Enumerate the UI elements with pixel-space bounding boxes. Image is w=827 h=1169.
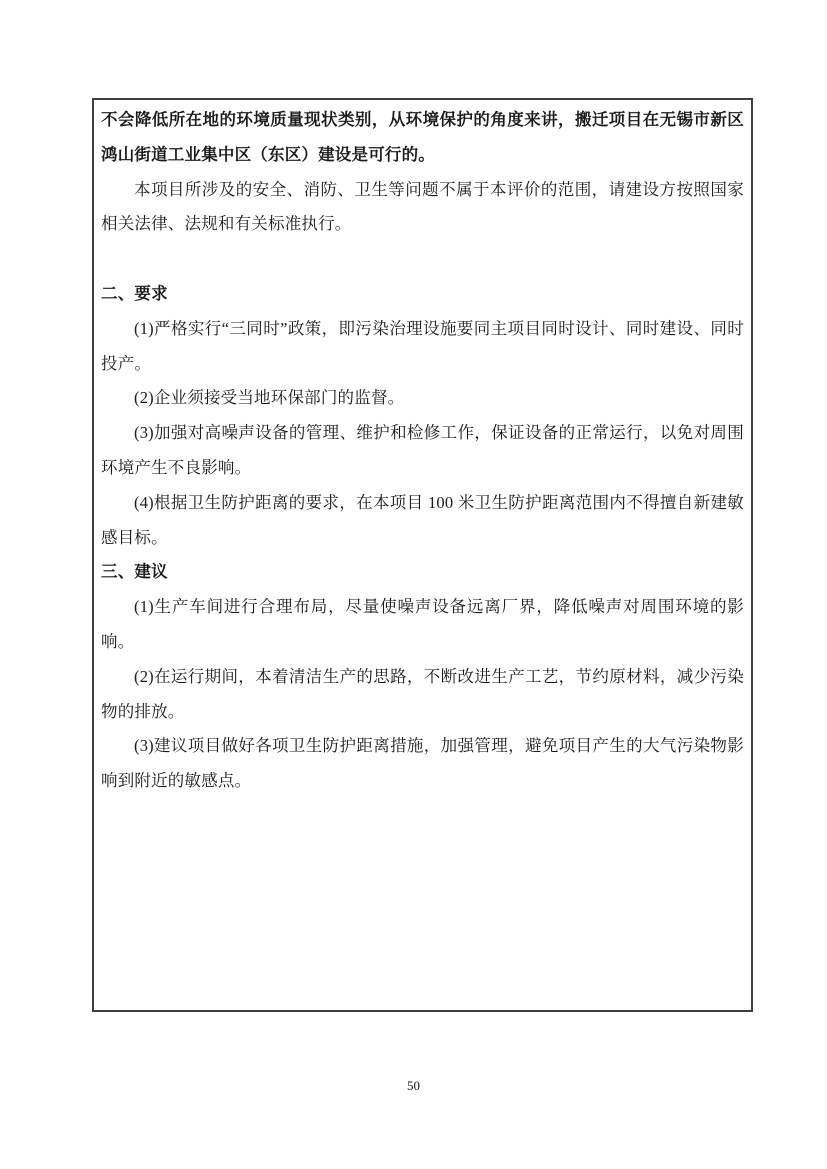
suggestion-item-2: (2)在运行期间，本着清洁生产的思路，不断改进生产工艺，节约原材料，减少污染物的… [101,660,744,730]
content-box: 不会降低所在地的环境质量现状类别，从环境保护的角度来讲，搬迁项目在无锡市新区鸿山… [92,98,753,1012]
suggestion-item-3: (3)建议项目做好各项卫生防护距离措施，加强管理，避免项目产生的大气污染物影响到… [101,729,744,799]
section-heading-suggestions: 三、建议 [101,555,744,590]
suggestion-item-1: (1)生产车间进行合理布局，尽量使噪声设备远离厂界，降低噪声对周围环境的影响。 [101,590,744,660]
section-heading-requirements: 二、要求 [101,277,744,312]
requirement-item-1: (1)严格实行“三同时”政策，即污染治理设施要同主项目同时设计、同时建设、同时投… [101,312,744,382]
document-page: 不会降低所在地的环境质量现状类别，从环境保护的角度来讲，搬迁项目在无锡市新区鸿山… [0,0,827,1169]
requirement-item-3: (3)加强对高噪声设备的管理、维护和检修工作，保证设备的正常运行，以免对周围环境… [101,416,744,486]
conclusion-continued-paragraph: 不会降低所在地的环境质量现状类别，从环境保护的角度来讲，搬迁项目在无锡市新区鸿山… [101,103,744,173]
blank-line-spacer [101,242,744,277]
page-number: 50 [0,1078,827,1094]
scope-note-paragraph: 本项目所涉及的安全、消防、卫生等问题不属于本评价的范围，请建设方按照国家相关法律… [101,173,744,243]
requirement-item-4: (4)根据卫生防护距离的要求，在本项目 100 米卫生防护距离范围内不得擅自新建… [101,486,744,556]
requirement-item-2: (2)企业须接受当地环保部门的监督。 [101,381,744,416]
